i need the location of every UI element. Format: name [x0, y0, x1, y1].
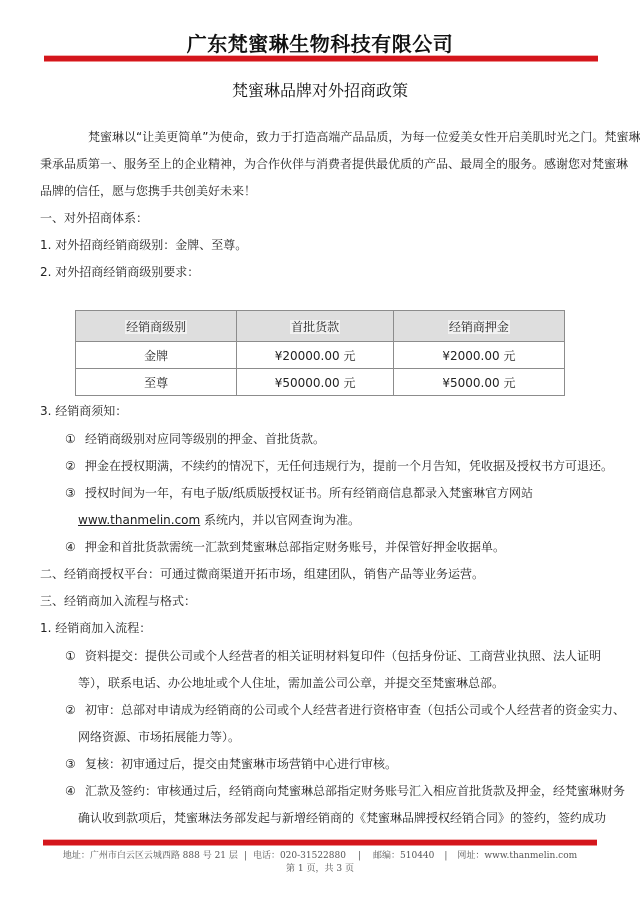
column-header-deposit: 经销商押金 [393, 311, 564, 342]
intro-line-3: 品牌的信任，愿与您携手共创美好未来！ [40, 182, 256, 200]
step-2-continuation: 网络资源、市场拓展能力等）。 [78, 728, 240, 746]
notice-number: ② [65, 457, 81, 475]
step-4-continuation: 确认收到款项后，梵蜜琳法务部发起与新增经销商的《梵蜜琳品牌授权经销合同》的签约，… [78, 809, 606, 827]
dealer-level-table: 经销商级别 首批货款 经销商押金 金牌 ¥20000.00 元 ¥2000.00… [75, 310, 565, 396]
notice-3-cont-text: 系统内，并以官网查询为准。 [200, 513, 360, 527]
table-cell: ¥20000.00 元 [237, 342, 393, 369]
footer-separator: | [358, 851, 361, 861]
table-header-row: 经销商级别 首批货款 经销商押金 [76, 311, 565, 342]
section1-item1: 1. 对外招商经销商级别：金牌、至尊。 [40, 236, 247, 254]
table-cell: ¥5000.00 元 [393, 369, 564, 396]
notice-text: 押金在授权期满，不续约的情况下，无任何违规行为，提前一个月告知，凭收据及授权书方… [85, 459, 613, 473]
notice-text: 押金和首批货款需统一汇款到梵蜜琳总部指定财务账号，并保管好押金收据单。 [85, 540, 505, 554]
table-cell: ¥2000.00 元 [393, 342, 564, 369]
table-cell: ¥50000.00 元 [237, 369, 393, 396]
step-1-continuation: 等），联系电话、办公地址或个人住址，需加盖公司公章，并提交至梵蜜琳总部。 [78, 674, 504, 692]
step-number: ④ [65, 782, 81, 800]
footer-separator: | [244, 851, 247, 861]
step-2: ②初审：总部对申请成为经销商的公司或个人经营者进行资格审查（包括公司或个人经营者… [65, 701, 625, 719]
step-number: ③ [65, 755, 81, 773]
table-cell: 金牌 [76, 342, 237, 369]
notice-3-continuation: www.thanmelin.com 系统内，并以官网查询为准。 [78, 511, 360, 529]
header-red-rule [44, 56, 598, 61]
table-row: 金牌 ¥20000.00 元 ¥2000.00 元 [76, 342, 565, 369]
notice-text: 授权时间为一年，有电子版/纸质版授权证书。所有经销商信息都录入梵蜜琳官方网站 [85, 486, 533, 500]
section1-heading: 一、对外招商体系： [40, 209, 148, 227]
step-3: ③复核：初审通过后，提交由梵蜜琳市场营销中心进行审核。 [65, 755, 397, 773]
footer-contact: 地址：广州市白云区云城西路 888 号 21 层|电话：020-31522880… [0, 850, 640, 862]
table-cell: 至尊 [76, 369, 237, 396]
intro-line-2: 秉承品质第一、服务至上的企业精神，为合作伙伴与消费者提供最优质的产品、最周全的服… [40, 155, 628, 173]
notice-text: 经销商级别对应同等级别的押金、首批货款。 [85, 432, 325, 446]
company-name: 广东梵蜜琳生物科技有限公司 [0, 31, 640, 57]
footer-address: 地址：广州市白云区云城西路 888 号 21 层 [63, 851, 238, 861]
section1-item3: 3. 经销商须知： [40, 402, 127, 420]
footer-phone: 电话：020-31522880 [253, 851, 346, 861]
notice-4: ④押金和首批货款需统一汇款到梵蜜琳总部指定财务账号，并保管好押金收据单。 [65, 538, 505, 556]
footer-postcode: 邮编：510440 [373, 851, 434, 861]
section3-heading: 三、经销商加入流程与格式： [40, 592, 196, 610]
column-header-first-payment: 首批货款 [237, 311, 393, 342]
table-row: 至尊 ¥50000.00 元 ¥5000.00 元 [76, 369, 565, 396]
page-number: 第 1 页，共 3 页 [0, 863, 640, 875]
step-number: ② [65, 701, 81, 719]
section1-item2: 2. 对外招商经销商级别要求： [40, 263, 199, 281]
step-text: 汇款及签约：审核通过后，经销商向梵蜜琳总部指定财务账号汇入相应首批货款及押金，经… [85, 784, 625, 798]
notice-number: ③ [65, 484, 81, 502]
notice-number: ① [65, 430, 81, 448]
step-number: ① [65, 647, 81, 665]
step-text: 复核：初审通过后，提交由梵蜜琳市场营销中心进行审核。 [85, 757, 397, 771]
footer-website: 网址：www.thanmelin.com [457, 851, 577, 861]
step-4: ④汇款及签约：审核通过后，经销商向梵蜜琳总部指定财务账号汇入相应首批货款及押金，… [65, 782, 625, 800]
intro-line-1: 梵蜜琳以“让美更简单”为使命，致力于打造高端产品品质，为每一位爱美女性开启美肌时… [88, 128, 640, 146]
footer-separator: | [444, 851, 447, 861]
step-text: 资料提交：提供公司或个人经营者的相关证明材料复印件（包括身份证、工商营业执照、法… [85, 649, 601, 663]
step-text: 初审：总部对申请成为经销商的公司或个人经营者进行资格审查（包括公司或个人经营者的… [85, 703, 625, 717]
footer-red-rule [43, 840, 597, 845]
step-1: ①资料提交：提供公司或个人经营者的相关证明材料复印件（包括身份证、工商营业执照、… [65, 647, 601, 665]
section2-heading: 二、经销商授权平台：可通过微商渠道开拓市场，组建团队，销售产品等业务运营。 [40, 565, 484, 583]
website-link[interactable]: www.thanmelin.com [78, 513, 200, 527]
document-title: 梵蜜琳品牌对外招商政策 [0, 80, 640, 102]
notice-number: ④ [65, 538, 81, 556]
notice-3: ③授权时间为一年，有电子版/纸质版授权证书。所有经销商信息都录入梵蜜琳官方网站 [65, 484, 533, 502]
column-header-level: 经销商级别 [76, 311, 237, 342]
section3-item1: 1. 经销商加入流程： [40, 619, 151, 637]
notice-2: ②押金在授权期满，不续约的情况下，无任何违规行为，提前一个月告知，凭收据及授权书… [65, 457, 613, 475]
notice-1: ①经销商级别对应同等级别的押金、首批货款。 [65, 430, 325, 448]
